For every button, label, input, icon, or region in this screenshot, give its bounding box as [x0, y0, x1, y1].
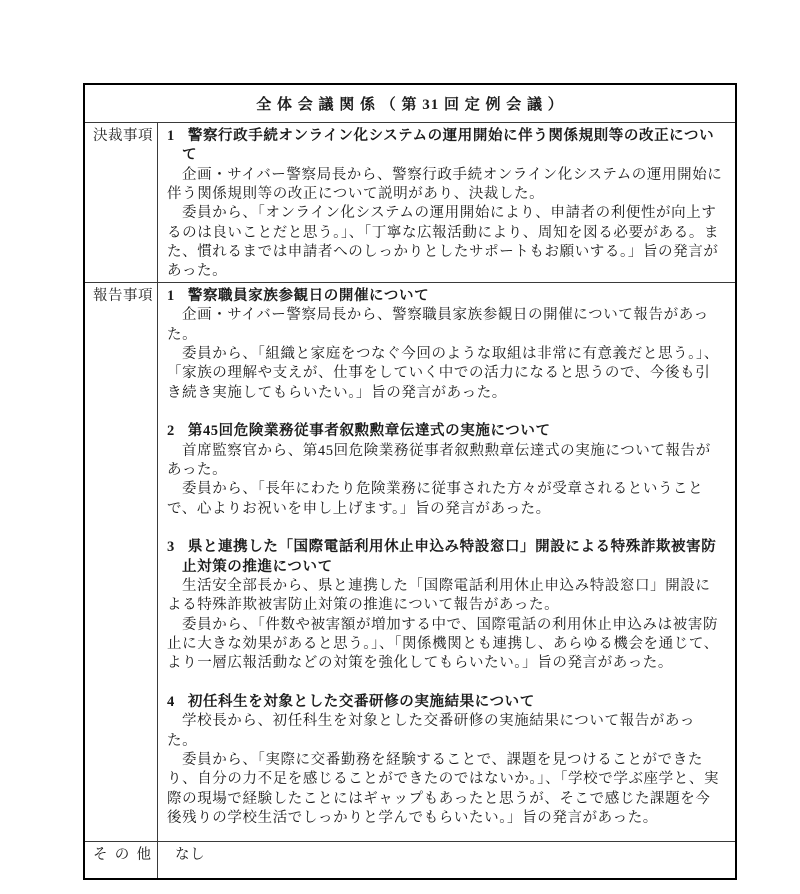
table-header-row: 全 体 会 議 関 係 （ 第 31 回 定 例 会 議 ）	[85, 85, 735, 122]
item-paragraph: 委員から、「オンライン化システムの運用開始により、申請者の利便性が向上するのは良…	[167, 204, 725, 281]
row-label: 報告事項	[93, 287, 157, 306]
decision-content-cell: 1警察行政手続オンライン化システムの運用開始に伴う関係規則等の改正について 企画…	[158, 123, 735, 282]
item-paragraph: 委員から、「長年にわたり危険業務に従事された方々が受章されるということで、心より…	[167, 480, 725, 519]
agenda-item: 1警察職員家族参観日の開催について 企画・サイバー警察局長から、警察職員家族参観…	[167, 287, 725, 403]
agenda-item-heading: 3県と連携した「国際電話利用休止申込み特設窓口」開設による特殊詐欺被害防止対策の…	[167, 538, 725, 577]
item-number: 3	[167, 539, 175, 555]
item-number: 2	[167, 423, 175, 439]
agenda-item: 4初任科生を対象とした交番研修の実施結果について 学校長から、初任科生を対象とし…	[167, 693, 725, 828]
agenda-item: 3県と連携した「国際電話利用休止申込み特設窓口」開設による特殊詐欺被害防止対策の…	[167, 538, 725, 673]
agenda-item-heading: 1警察職員家族参観日の開催について	[167, 287, 725, 306]
item-paragraph: 委員から、「実際に交番勤務を経験することで、課題を見つけることができたり、自分の…	[167, 751, 725, 828]
report-content-cell: 1警察職員家族参観日の開催について 企画・サイバー警察局長から、警察職員家族参観…	[158, 283, 735, 841]
decision-label-cell: 決裁事項	[85, 123, 158, 282]
item-paragraph: 生活安全部長から、県と連携した「国際電話利用休止申込み特設窓口」開設による特殊詐…	[167, 577, 725, 616]
item-paragraph: 委員から、「組織と家庭をつなぐ今回のような取組は非常に有意義だと思う。」、「家族…	[167, 345, 725, 403]
row-report-items: 報告事項 1警察職員家族参観日の開催について 企画・サイバー警察局長から、警察職…	[85, 282, 735, 841]
item-paragraph: 首席監察官から、第45回危険業務従事者叙勲勲章伝達式の実施について報告があった。	[167, 442, 725, 481]
other-content-cell: なし	[158, 842, 735, 878]
row-label: 決裁事項	[93, 127, 157, 146]
item-number: 1	[167, 128, 175, 144]
item-title-text: 県と連携した「国際電話利用休止申込み特設窓口」開設による特殊詐欺被害防止対策の推…	[182, 539, 716, 574]
item-title-text: 初任科生を対象とした交番研修の実施結果について	[188, 694, 535, 710]
item-paragraph: 企画・サイバー警察局長から、警察職員家族参観日の開催について報告があった。	[167, 306, 725, 345]
table-title: 全 体 会 議 関 係 （ 第 31 回 定 例 会 議 ）	[256, 93, 564, 114]
item-title-text: 警察行政手続オンライン化システムの運用開始に伴う関係規則等の改正について	[182, 128, 714, 163]
row-label: その他	[93, 846, 151, 865]
item-number: 1	[167, 288, 175, 304]
agenda-item-heading: 4初任科生を対象とした交番研修の実施結果について	[167, 693, 725, 712]
item-paragraph: 学校長から、初任科生を対象とした交番研修の実施結果について報告があった。	[167, 712, 725, 751]
item-paragraph: 企画・サイバー警察局長から、警察行政手続オンライン化システムの運用開始に伴う関係…	[167, 166, 725, 205]
row-decision-items: 決裁事項 1警察行政手続オンライン化システムの運用開始に伴う関係規則等の改正につ…	[85, 122, 735, 282]
agenda-item: 2第45回危険業務従事者叙勲勲章伝達式の実施について 首席監察官から、第45回危…	[167, 422, 725, 519]
other-note: なし	[167, 846, 725, 865]
other-label-cell: その他	[85, 842, 158, 878]
item-number: 4	[167, 694, 175, 710]
meeting-minutes-table: 全 体 会 議 関 係 （ 第 31 回 定 例 会 議 ） 決裁事項 1警察行…	[83, 83, 737, 880]
agenda-item-heading: 1警察行政手続オンライン化システムの運用開始に伴う関係規則等の改正について	[167, 127, 725, 166]
item-paragraph: 委員から、「件数や被害額が増加する中で、国際電話の利用休止申込みは被害防止に大き…	[167, 616, 725, 674]
row-other: その他 なし	[85, 841, 735, 878]
item-title-text: 警察職員家族参観日の開催について	[188, 288, 429, 304]
agenda-item-heading: 2第45回危険業務従事者叙勲勲章伝達式の実施について	[167, 422, 725, 441]
agenda-item: 1警察行政手続オンライン化システムの運用開始に伴う関係規則等の改正について 企画…	[167, 127, 725, 282]
item-title-text: 第45回危険業務従事者叙勲勲章伝達式の実施について	[188, 423, 551, 439]
report-label-cell: 報告事項	[85, 283, 158, 841]
